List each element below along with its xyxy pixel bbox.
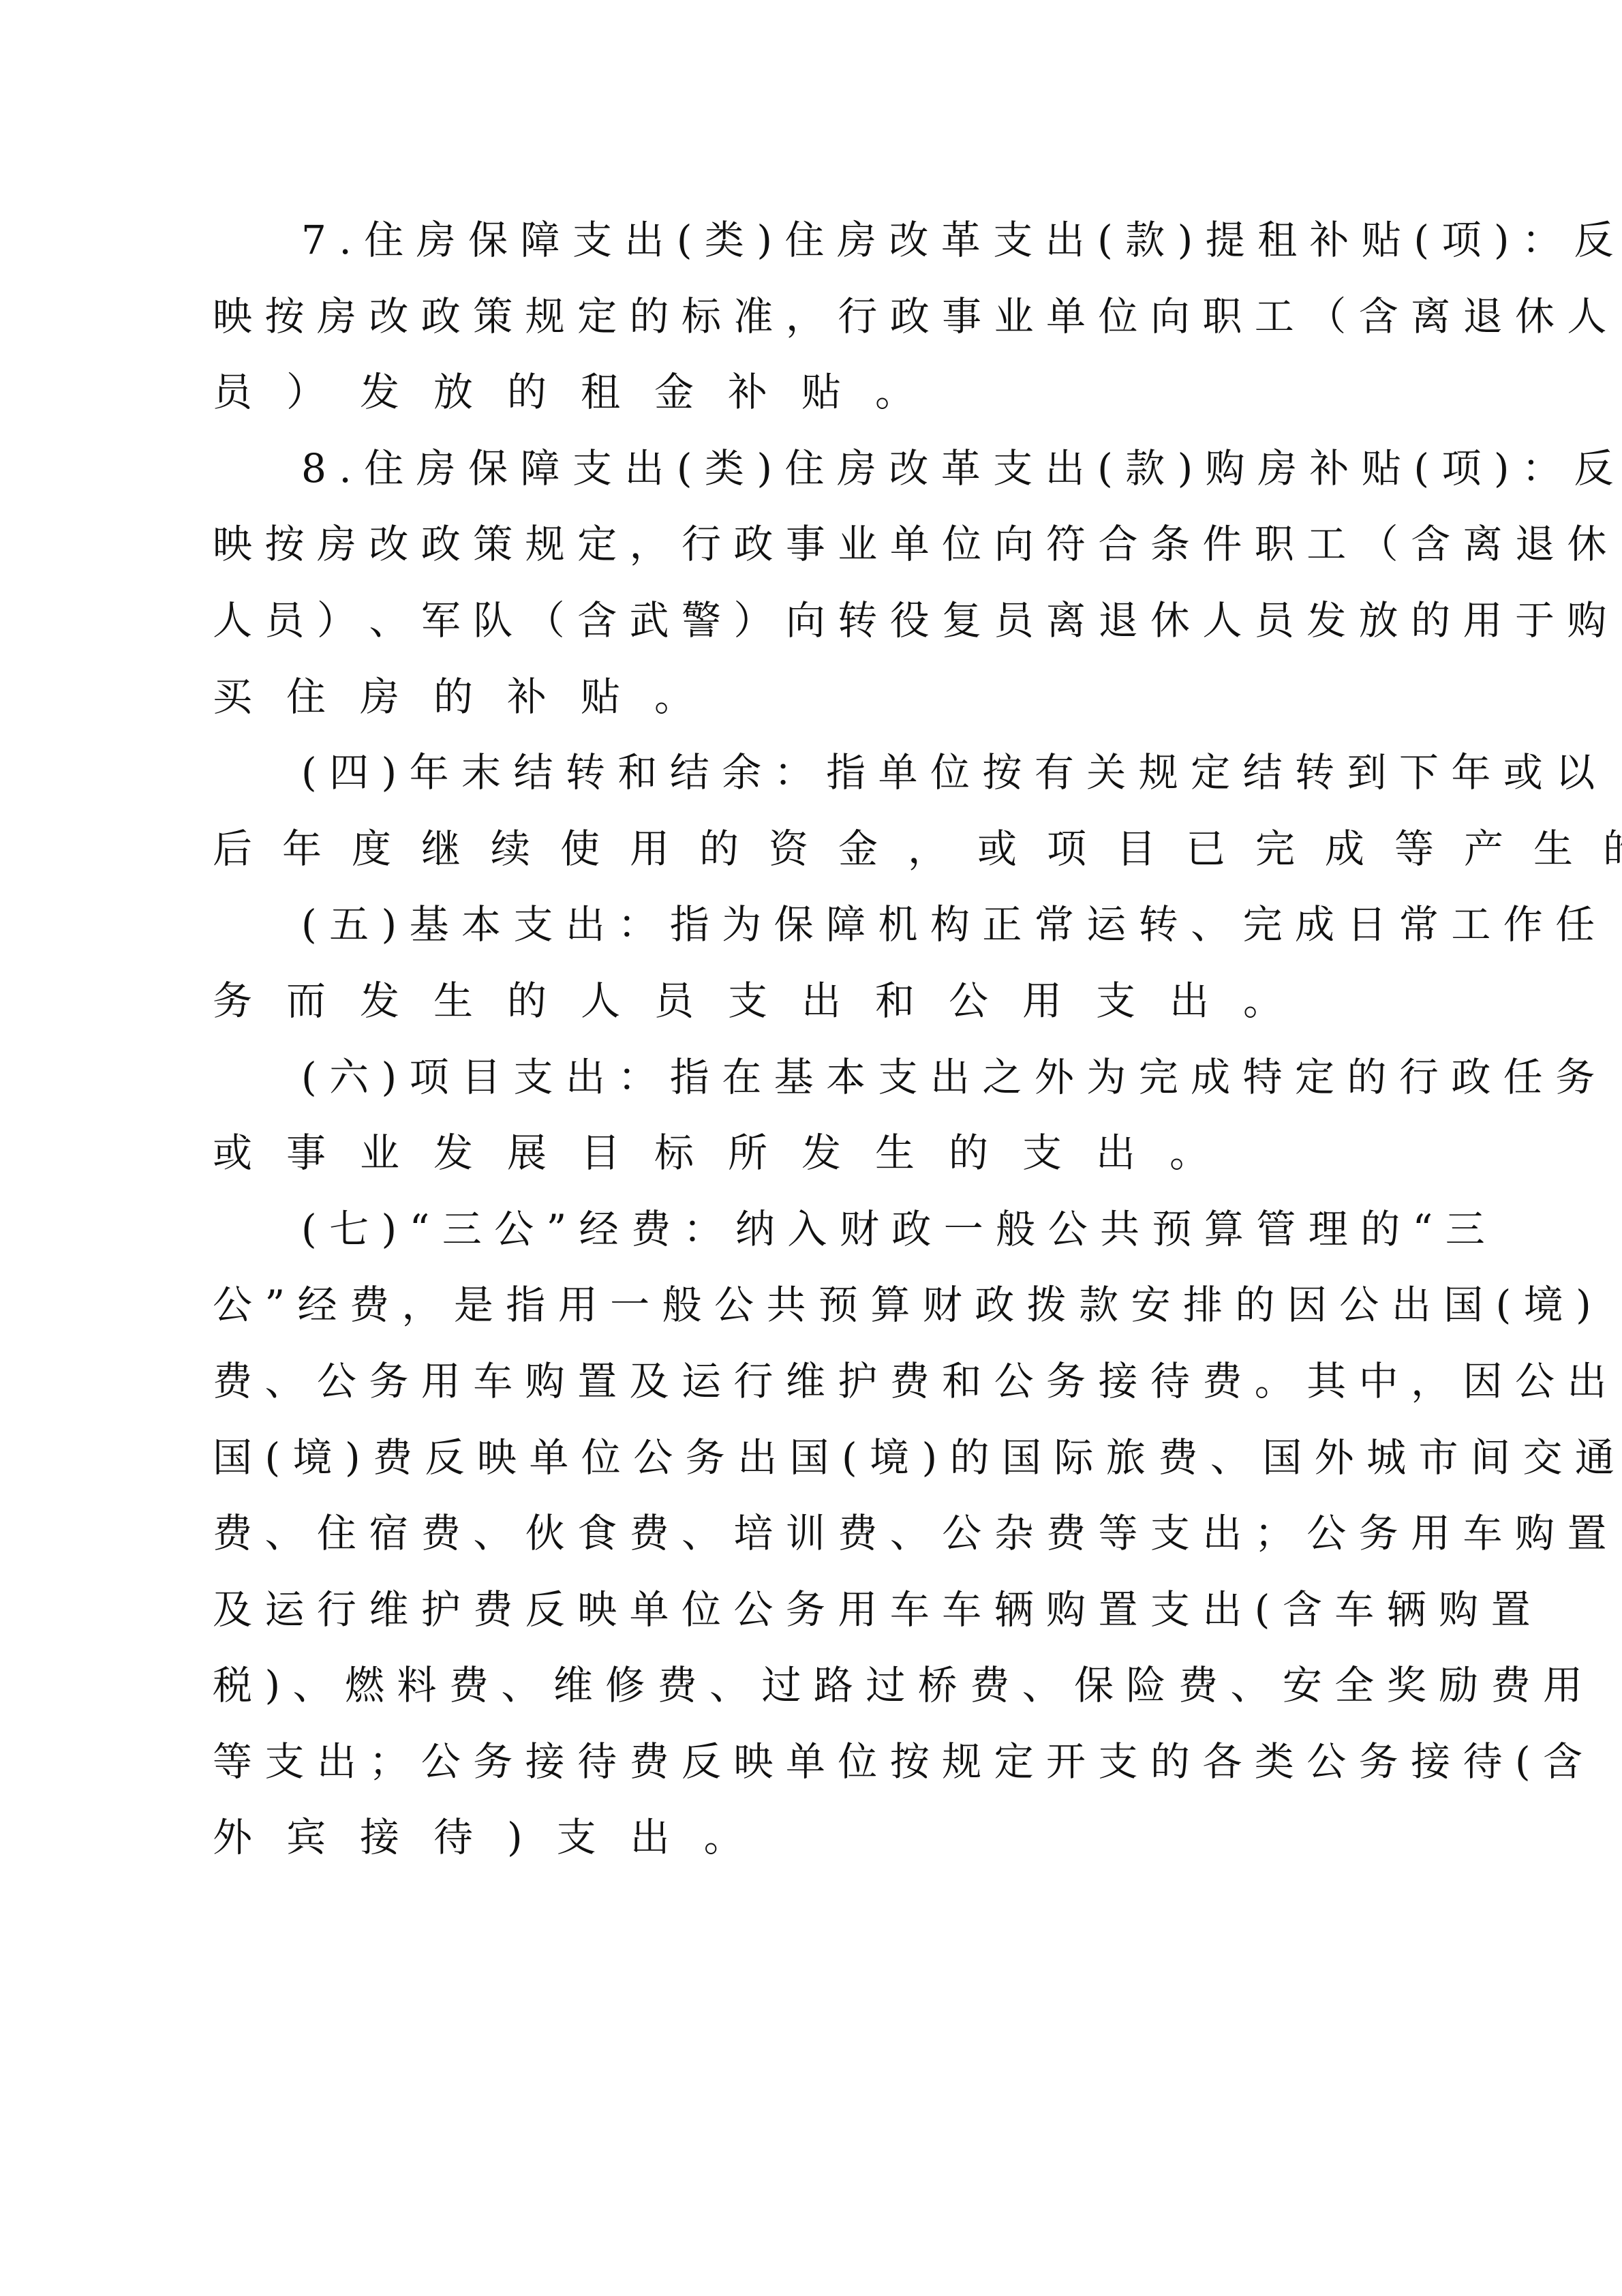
text-line: ( 七 ) “ 三 公 ” 经 费 ： 纳 入 财 政 一 般 公 共 预 算 … (213, 1192, 1405, 1268)
text-line: 务而发生的人员支出和公用支出。 (213, 963, 1405, 1040)
paragraph-item-7: 7 . 住 房 保 障 支 出 ( 类 ) 住 房 改 革 支 出 ( 款 ) … (213, 202, 1405, 431)
text-line: 后年度继续使用的资金，或项目已完成等产生的结余资金。 (213, 811, 1405, 888)
text-line: ( 五 ) 基 本 支 出 ： 指 为 保 障 机 构 正 常 运 转 、 完 … (213, 887, 1405, 963)
document-page: 7 . 住 房 保 障 支 出 ( 类 ) 住 房 改 革 支 出 ( 款 ) … (0, 0, 1622, 2296)
text-line: 8 . 住 房 保 障 支 出 ( 类 ) 住 房 改 革 支 出 ( 款 ) … (213, 431, 1405, 507)
text-line: 买住房的补贴。 (213, 659, 1405, 736)
text-line: 映 按 房 改 政 策 规 定 ， 行 政 事 业 单 位 向 符 合 条 件 … (213, 507, 1405, 583)
text-line: 费 、 公 务 用 车 购 置 及 运 行 维 护 费 和 公 务 接 待 费 … (213, 1344, 1405, 1420)
document-body: 7 . 住 房 保 障 支 出 ( 类 ) 住 房 改 革 支 出 ( 款 ) … (213, 202, 1405, 1876)
text-line: 人 员 ） 、 军 队 （ 含 武 警 ） 向 转 役 复 员 离 退 休 人 … (213, 583, 1405, 659)
text-line: 7 . 住 房 保 障 支 出 ( 类 ) 住 房 改 革 支 出 ( 款 ) … (213, 202, 1405, 279)
paragraph-item-8: 8 . 住 房 保 障 支 出 ( 类 ) 住 房 改 革 支 出 ( 款 ) … (213, 431, 1405, 735)
text-line: ( 六 ) 项 目 支 出 ： 指 在 基 本 支 出 之 外 为 完 成 特 … (213, 1040, 1405, 1116)
text-line: 公 ” 经 费 ， 是 指 用 一 般 公 共 预 算 财 政 拨 款 安 排 … (213, 1267, 1405, 1344)
text-line: 税 ) 、 燃 料 费 、 维 修 费 、 过 路 过 桥 费 、 保 险 费 … (213, 1648, 1405, 1724)
text-line: 费 、 住 宿 费 、 伙 食 费 、 培 训 费 、 公 杂 费 等 支 出 … (213, 1496, 1405, 1572)
text-line: 及 运 行 维 护 费 反 映 单 位 公 务 用 车 车 辆 购 置 支 出 … (213, 1572, 1405, 1648)
text-line: 映 按 房 改 政 策 规 定 的 标 准 ， 行 政 事 业 单 位 向 职 … (213, 279, 1405, 355)
text-line: 等 支 出 ； 公 务 接 待 费 反 映 单 位 按 规 定 开 支 的 各 … (213, 1724, 1405, 1800)
text-line: ( 四 ) 年 末 结 转 和 结 余 ： 指 单 位 按 有 关 规 定 结 … (213, 735, 1405, 811)
paragraph-section-7: ( 七 ) “ 三 公 ” 经 费 ： 纳 入 财 政 一 般 公 共 预 算 … (213, 1192, 1405, 1876)
text-line: 外宾接待)支出。 (213, 1800, 1405, 1876)
text-line: 员）发放的租金补贴。 (213, 354, 1405, 431)
paragraph-section-4: ( 四 ) 年 末 结 转 和 结 余 ： 指 单 位 按 有 关 规 定 结 … (213, 735, 1405, 887)
paragraph-section-5: ( 五 ) 基 本 支 出 ： 指 为 保 障 机 构 正 常 运 转 、 完 … (213, 887, 1405, 1039)
text-line: 或事业发展目标所发生的支出。 (213, 1115, 1405, 1192)
paragraph-section-6: ( 六 ) 项 目 支 出 ： 指 在 基 本 支 出 之 外 为 完 成 特 … (213, 1040, 1405, 1192)
text-line: 国 ( 境 ) 费 反 映 单 位 公 务 出 国 ( 境 ) 的 国 际 旅 … (213, 1420, 1405, 1496)
